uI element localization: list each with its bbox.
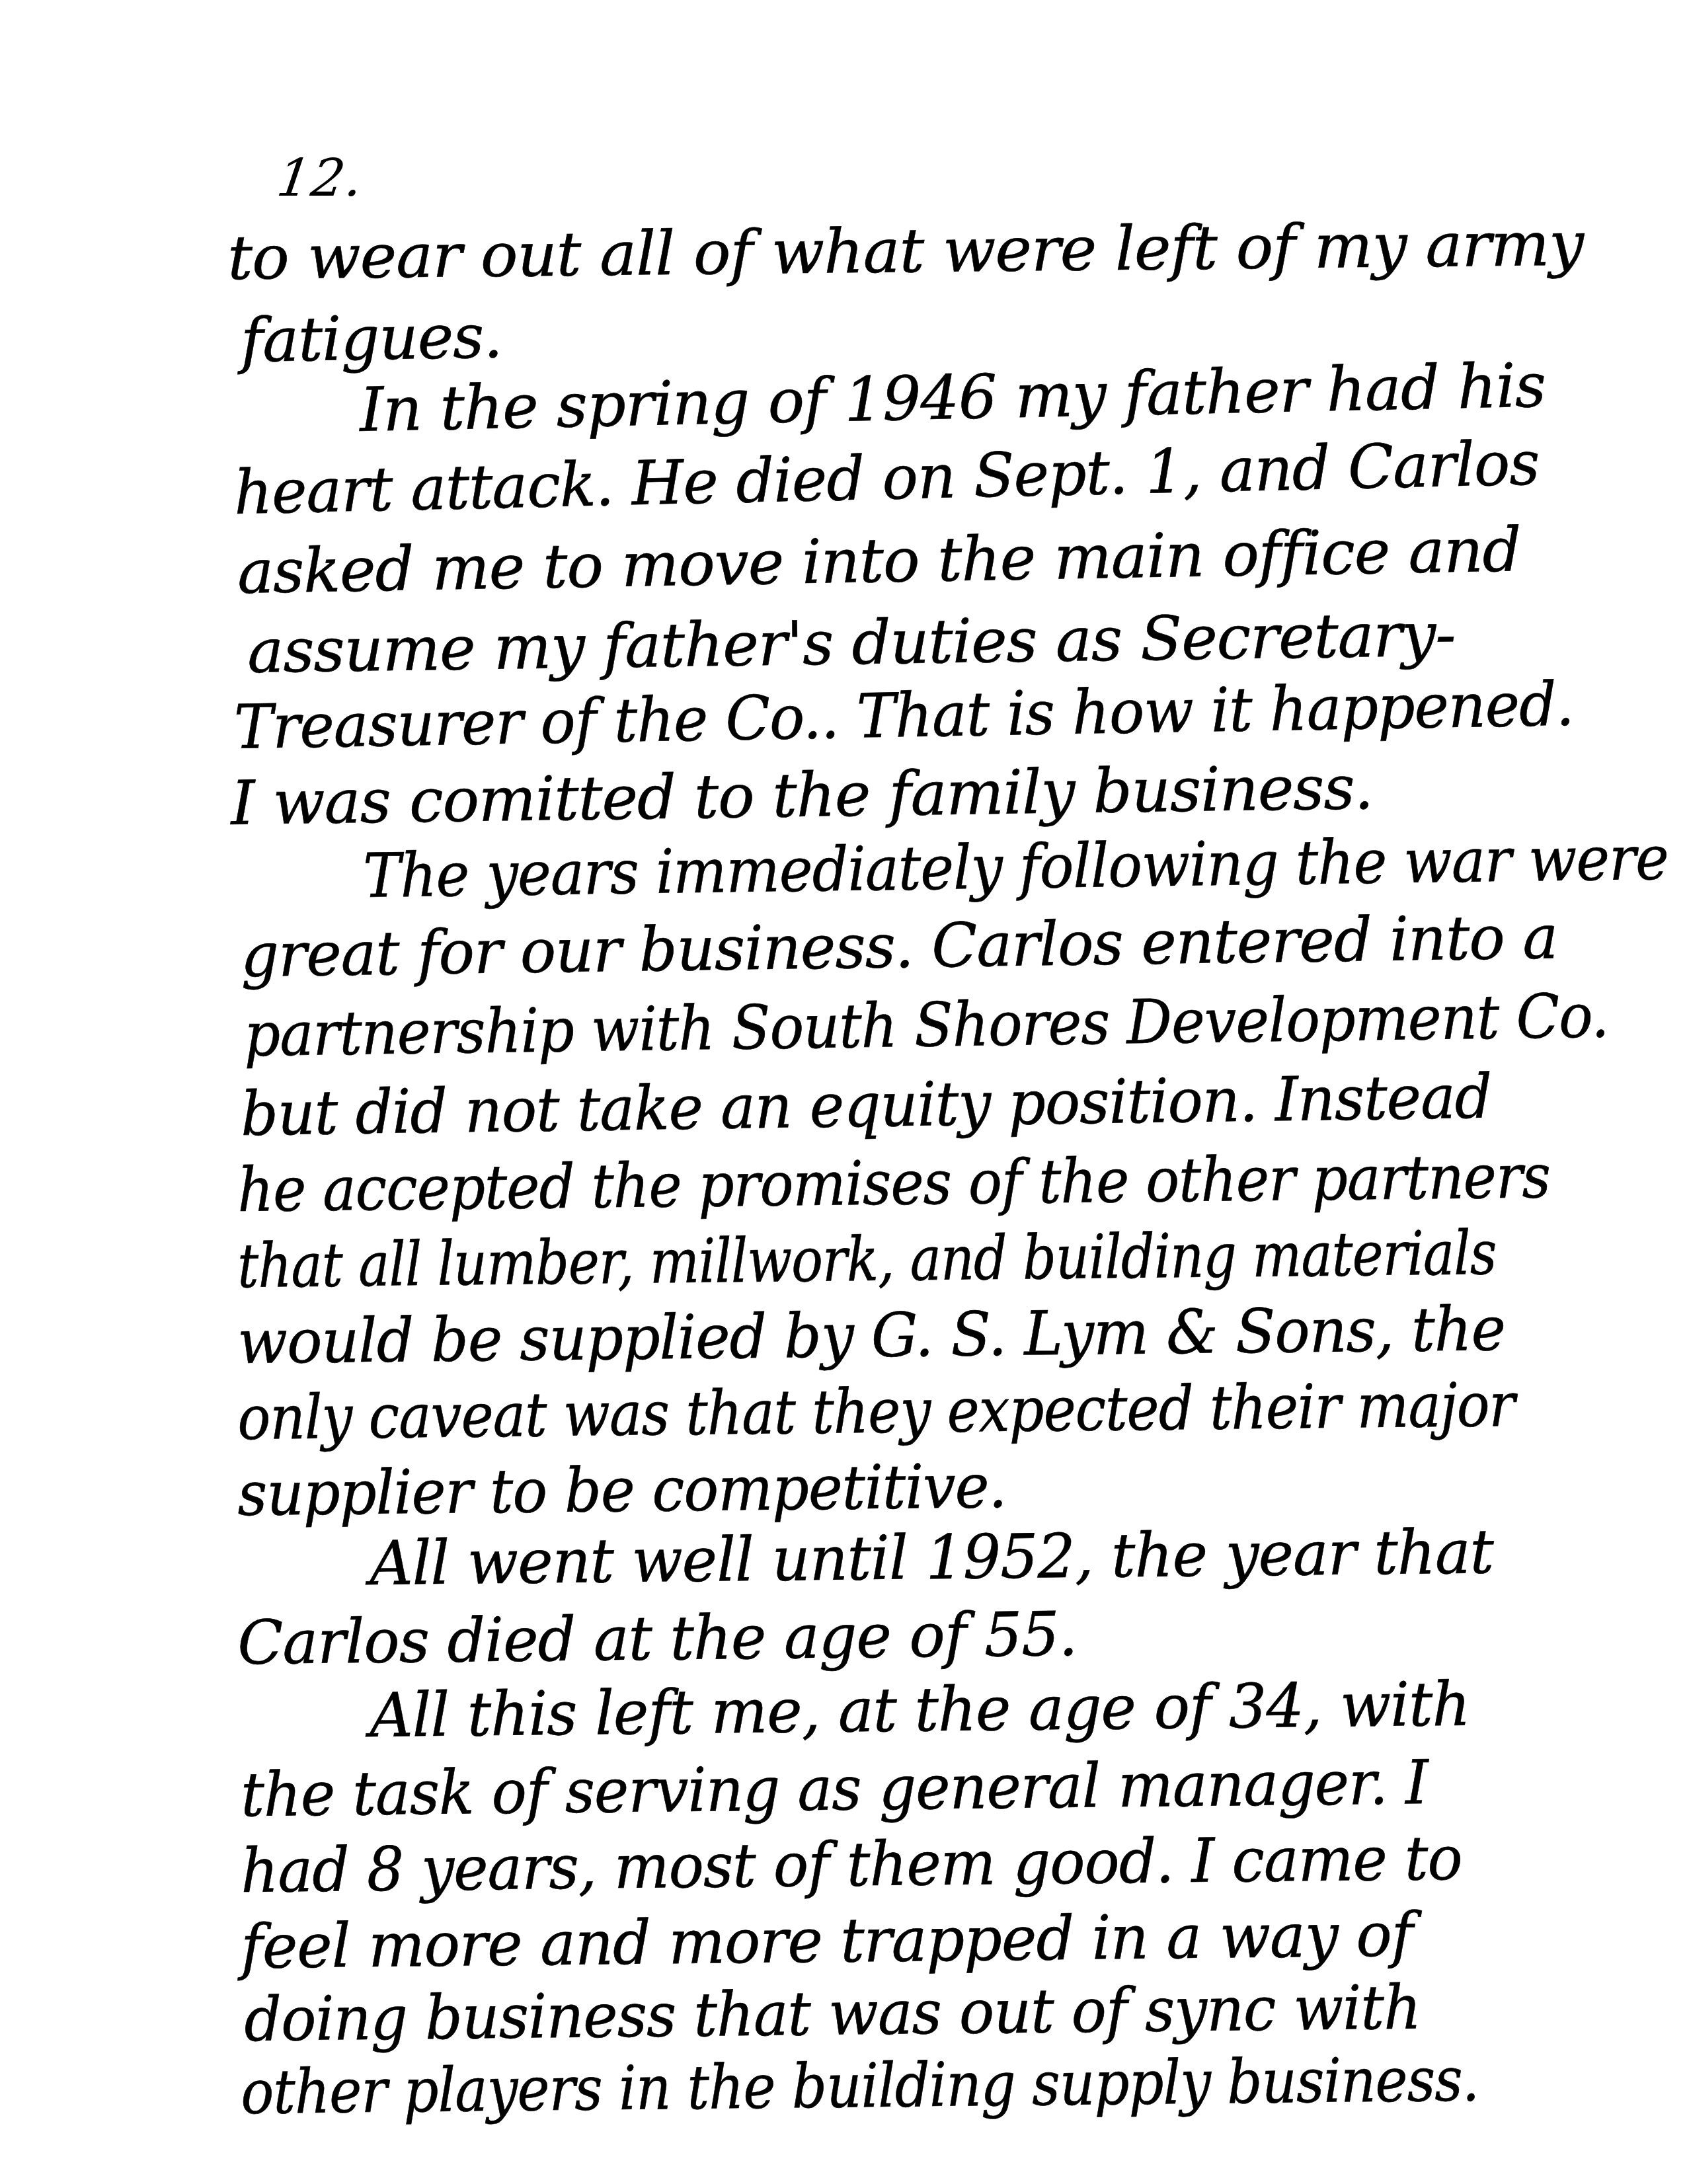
page-number: 12. <box>274 149 368 208</box>
text-line: the task of serving as general manager. … <box>241 1752 1428 1826</box>
text-line: I was comitted to the family business. <box>231 758 1374 834</box>
text-line: asked me to move into the main office an… <box>237 520 1521 603</box>
text-line: partnership with South Shores Developmen… <box>244 986 1609 1066</box>
handwritten-page: 12. to wear out all of what were left of… <box>0 0 1687 2184</box>
text-line: assume my father's duties as Secretary- <box>247 604 1456 682</box>
text-line: he accepted the promises of the other pa… <box>237 1146 1550 1221</box>
text-line: Treasurer of the Co.. That is how it hap… <box>233 674 1574 758</box>
text-line: to wear out all of what were left of my … <box>227 214 1584 289</box>
text-line: other players in the building supply bus… <box>241 2049 1479 2123</box>
text-line: great for our business. Carlos entered i… <box>241 907 1558 986</box>
text-line: had 8 years, most of them good. I came t… <box>241 1828 1462 1902</box>
text-line: All went well until 1952, the year that <box>370 1522 1493 1594</box>
text-line: but did not take an equity position. Ins… <box>241 1067 1492 1145</box>
text-line: doing business that was out of sync with <box>244 1977 1421 2050</box>
text-line: would be supplied by G. S. Lym & Sons, t… <box>237 1299 1505 1373</box>
text-line: The years immediately following the war … <box>363 828 1669 907</box>
text-line: All this left me, at the age of 34, with <box>370 1674 1470 1746</box>
text-line: fatigues. <box>240 306 502 371</box>
text-line: that all lumber, millwork, and building … <box>237 1223 1497 1297</box>
text-line: supplier to be competitive. <box>237 1456 1007 1525</box>
text-line: feel more and more trapped in a way of <box>241 1904 1413 1978</box>
text-line: only caveat was that they expected their… <box>237 1375 1515 1449</box>
text-line: Carlos died at the age of 55. <box>237 1604 1078 1674</box>
text-line: heart attack. He died on Sept. 1, and Ca… <box>233 433 1540 524</box>
text-line: In the spring of 1946 my father had his <box>359 355 1546 441</box>
